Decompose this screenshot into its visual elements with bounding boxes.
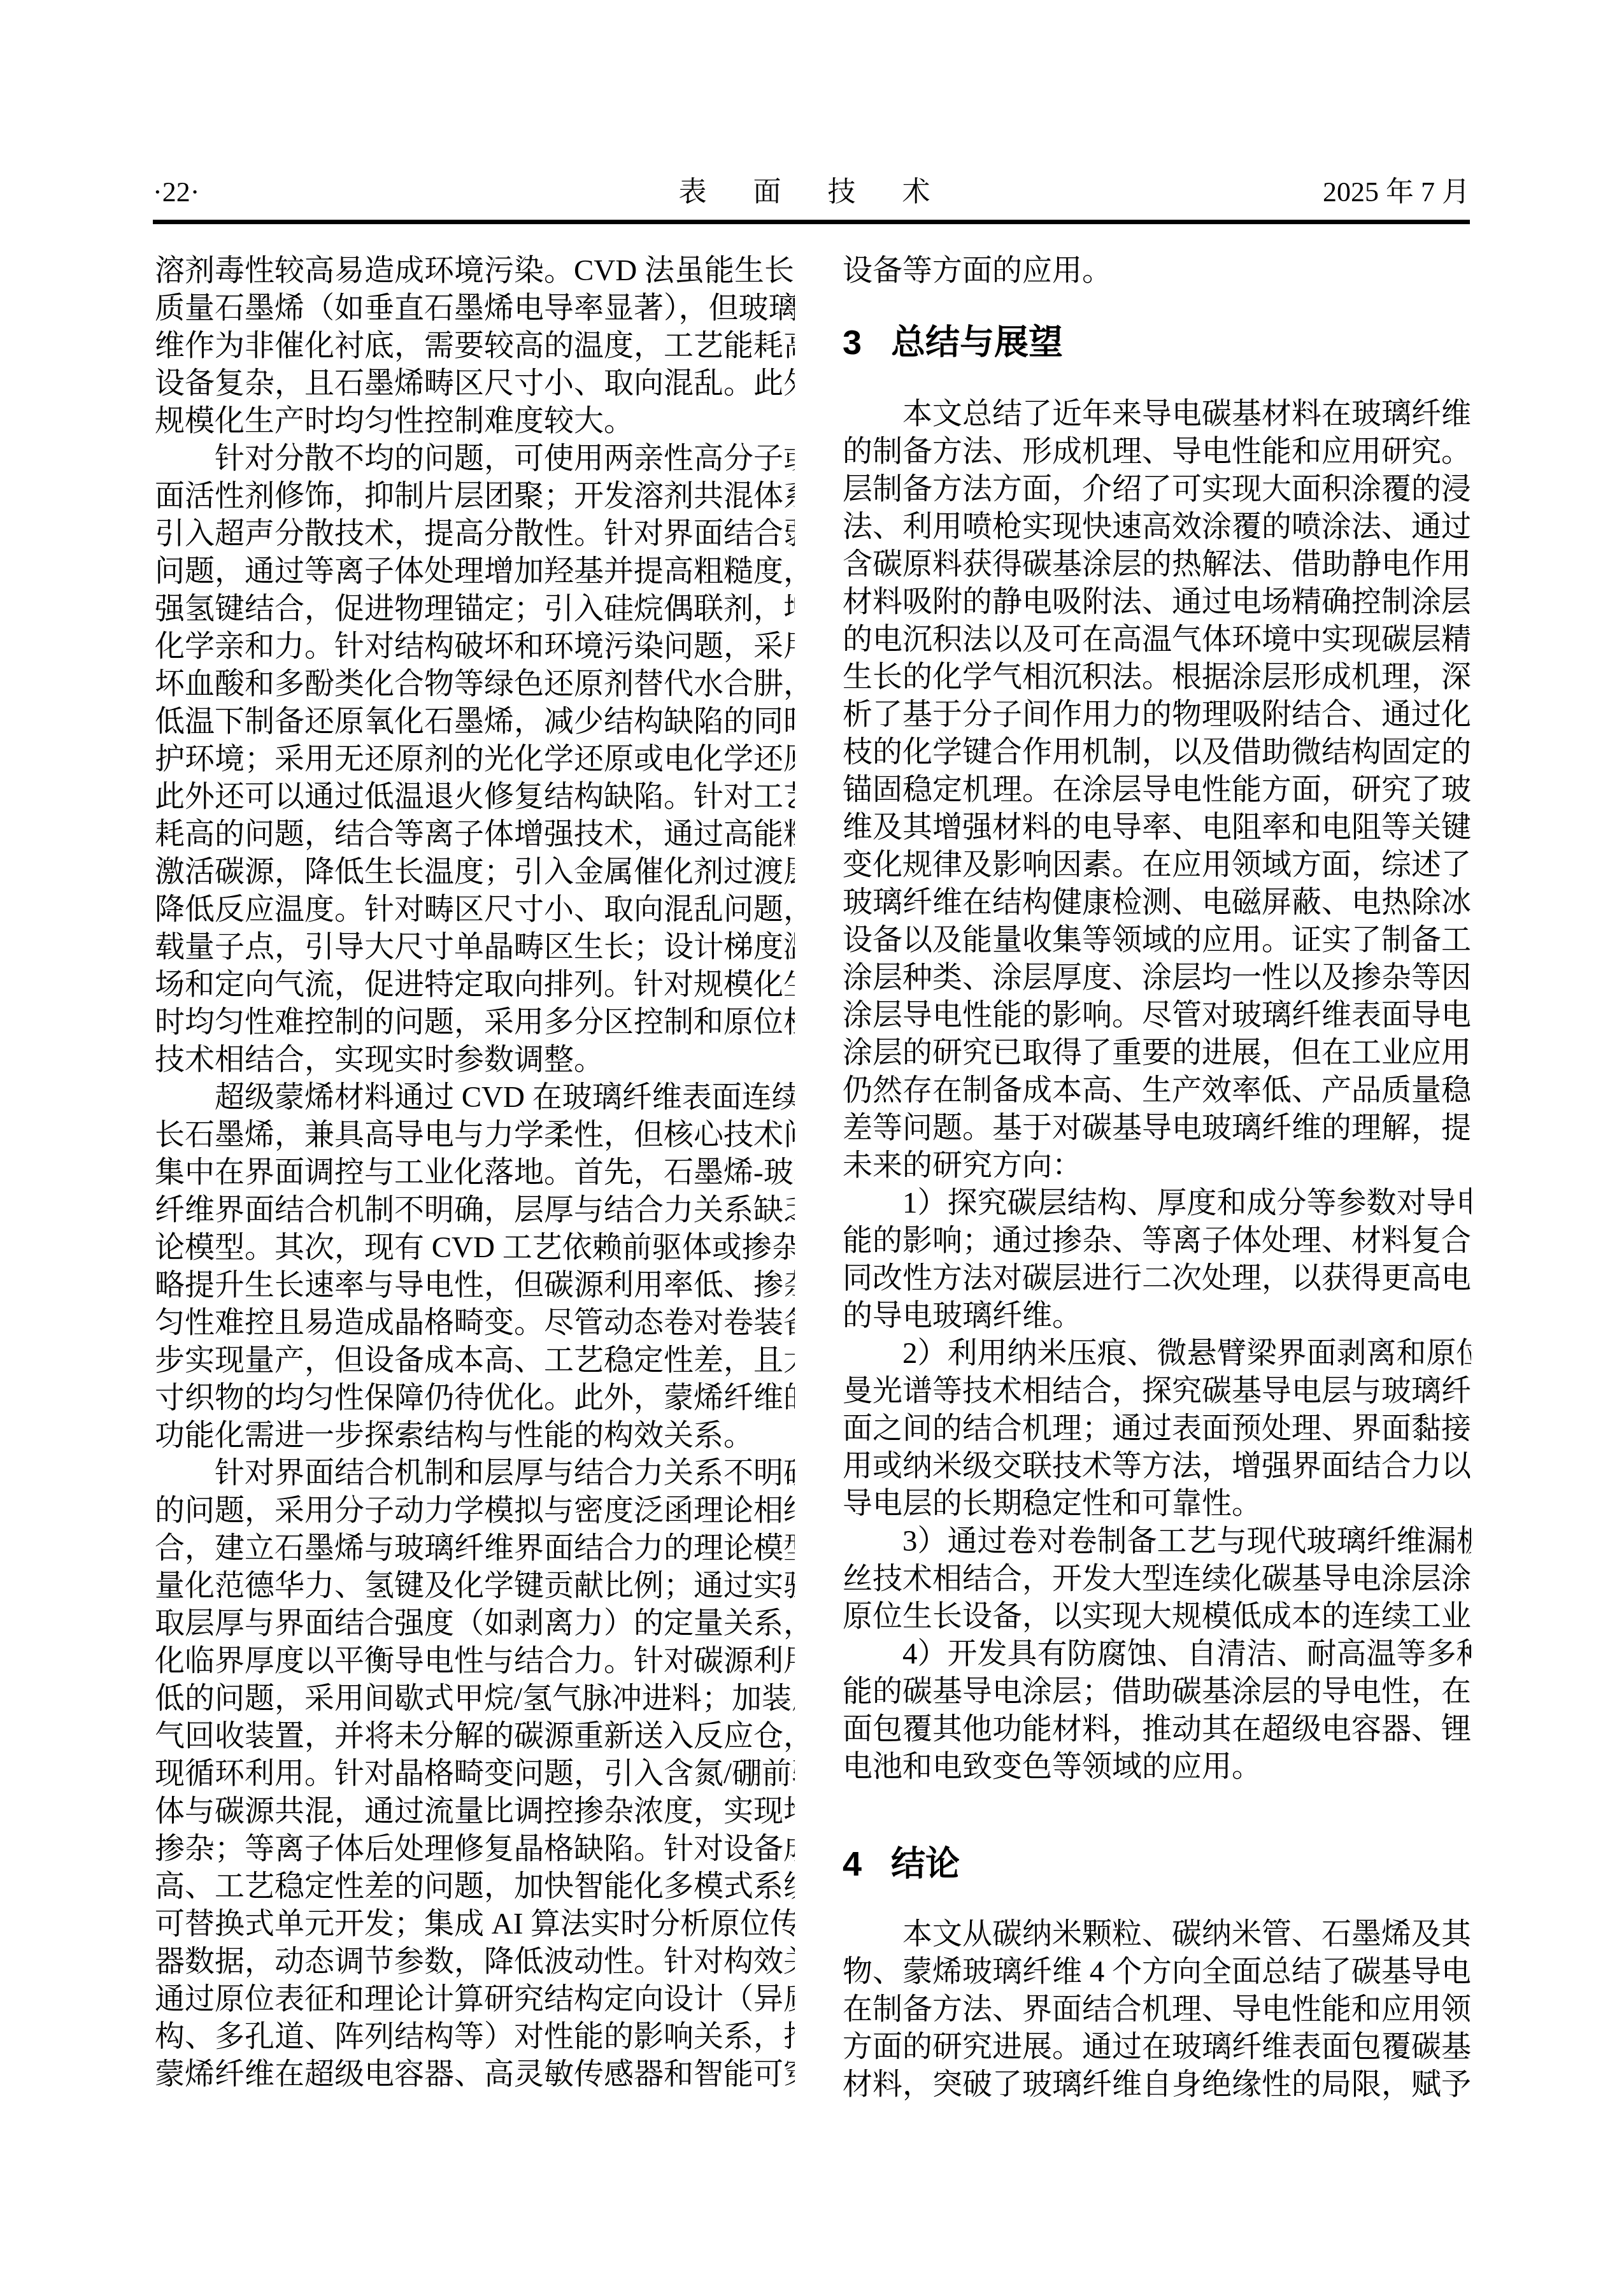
text-line: 技术相结合，实现实时参数调整。 xyxy=(155,1041,795,1079)
text-line: 规模化生产时均匀性控制难度较大。 xyxy=(155,403,795,440)
section-title: 总结与展望 xyxy=(891,324,1063,362)
text-line: 在制备方法、界面结合机理、导电性能和应用领域等 xyxy=(843,1991,1471,2028)
text-line: 针对界面结合机制和层厚与结合力关系不明确 xyxy=(155,1455,795,1492)
paragraph: 针对分散不均的问题，可使用两亲性高分子或表面活性剂修饰，抑制片层团聚；开发溶剂共… xyxy=(155,440,795,1079)
text-line: 曼光谱等技术相结合，探究碳基导电层与玻璃纤维界 xyxy=(843,1372,1471,1410)
section-number: 3 xyxy=(843,320,862,365)
paragraph: 4）开发具有防腐蚀、自清洁、耐高温等多种功能的碳基导电涂层；借助碳基涂层的导电性… xyxy=(843,1635,1471,1786)
text-line: 坏血酸和多酚类化合物等绿色还原剂替代水合肼，在 xyxy=(155,666,795,703)
text-line: 掺杂；等离子体后处理修复晶格缺陷。针对设备成本 xyxy=(155,1830,795,1868)
text-line: 问题，通过等离子体处理增加羟基并提高粗糙度，增 xyxy=(155,553,795,590)
text-line: 质量石墨烯（如垂直石墨烯电导率显著），但玻璃纤 xyxy=(155,290,795,327)
text-line: 降低反应温度。针对畴区尺寸小、取向混乱问题，负 xyxy=(155,891,795,929)
text-line: 可替换式单元开发；集成 AI 算法实时分析原位传感 xyxy=(155,1906,795,1943)
text-line: 设备以及能量收集等领域的应用。证实了制备工艺、 xyxy=(843,922,1471,959)
text-line: 载量子点，引导大尺寸单晶畴区生长；设计梯度温度 xyxy=(155,929,795,966)
text-line: 匀性难控且易造成晶格畸变。尽管动态卷对卷装备初 xyxy=(155,1304,795,1342)
paragraph: 溶剂毒性较高易造成环境污染。CVD 法虽能生长高质量石墨烯（如垂直石墨烯电导率显… xyxy=(155,252,795,440)
text-line: 本文从碳纳米颗粒、碳纳米管、石墨烯及其衍生 xyxy=(843,1916,1471,1953)
text-line: 析了基于分子间作用力的物理吸附结合、通过化学接 xyxy=(843,696,1471,734)
text-line: 合，建立石墨烯与玻璃纤维界面结合力的理论模型， xyxy=(155,1530,795,1567)
text-line: 场和定向气流，促进特定取向排列。针对规模化生产 xyxy=(155,966,795,1004)
journal-page: ·22· 表 面 技 术 2025 年 7 月 溶剂毒性较高易造成环境污染。CV… xyxy=(0,0,1624,2280)
text-line: 此外还可以通过低温退火修复结构缺陷。针对工艺能 xyxy=(155,778,795,816)
text-line: 通过原位表征和理论计算研究结构定向设计（异质结 xyxy=(155,1981,795,2018)
section-heading-4: 4结论 xyxy=(843,1842,1471,1886)
paragraph: 2）利用纳米压痕、微悬臂梁界面剥离和原位拉曼光谱等技术相结合，探究碳基导电层与玻… xyxy=(843,1335,1471,1523)
text-line: 护环境；采用无还原剂的光化学还原或电化学还原。 xyxy=(155,741,795,778)
paragraph: 针对界面结合机制和层厚与结合力关系不明确的问题，采用分子动力学模拟与密度泛函理论… xyxy=(155,1455,795,2093)
text-line: 面包覆其他功能材料，推动其在超级电容器、锂离子 xyxy=(843,1711,1471,1748)
text-line: 材料吸附的静电吸附法、通过电场精确控制涂层厚度 xyxy=(843,583,1471,621)
text-line: 2）利用纳米压痕、微悬臂梁界面剥离和原位拉 xyxy=(843,1335,1471,1372)
text-line: 略提升生长速率与导电性，但碳源利用率低、掺杂均 xyxy=(155,1267,795,1304)
text-line: 气回收装置，并将未分解的碳源重新送入反应仓，实 xyxy=(155,1718,795,1755)
text-line: 强氢键结合，促进物理锚定；引入硅烷偶联剂，增加 xyxy=(155,590,795,628)
paragraph: 超级蒙烯材料通过 CVD 在玻璃纤维表面连续生长石墨烯，兼具高导电与力学柔性，但… xyxy=(155,1079,795,1455)
text-line: 的制备方法、形成机理、导电性能和应用研究。在涂 xyxy=(843,433,1471,471)
text-line: 化学亲和力。针对结构破坏和环境污染问题，采用抗 xyxy=(155,628,795,666)
paragraph: 3）通过卷对卷制备工艺与现代玻璃纤维漏板拉丝技术相结合，开发大型连续化碳基导电涂… xyxy=(843,1523,1471,1635)
text-line: 涂层的研究已取得了重要的进展，但在工业应用方面 xyxy=(843,1034,1471,1072)
text-line: 集中在界面调控与工业化落地。首先，石墨烯-玻璃 xyxy=(155,1154,795,1192)
text-line: 量化范德华力、氢键及化学键贡献比例；通过实验获 xyxy=(155,1567,795,1605)
text-line: 维作为非催化衬底，需要较高的温度，工艺能耗高、 xyxy=(155,327,795,365)
right-column: 设备等方面的应用。3总结与展望本文总结了近年来导电碳基材料在玻璃纤维上的制备方法… xyxy=(843,252,1471,2104)
journal-title: 表 面 技 术 xyxy=(153,173,1470,211)
text-line: 电池和电致变色等领域的应用。 xyxy=(843,1748,1471,1786)
text-line: 物、蒙烯玻璃纤维 4 个方向全面总结了碳基导电材料 xyxy=(843,1953,1471,1991)
text-line: 本文总结了近年来导电碳基材料在玻璃纤维上 xyxy=(843,395,1471,433)
paragraph: 设备等方面的应用。 xyxy=(843,252,1471,290)
text-line: 的问题，采用分子动力学模拟与密度泛函理论相结 xyxy=(155,1492,795,1530)
text-line: 法、利用喷枪实现快速高效涂覆的喷涂法、通过分解 xyxy=(843,508,1471,546)
running-head: ·22· 表 面 技 术 2025 年 7 月 xyxy=(153,173,1470,211)
left-column: 溶剂毒性较高易造成环境污染。CVD 法虽能生长高质量石墨烯（如垂直石墨烯电导率显… xyxy=(155,252,795,2093)
text-line: 能的影响；通过掺杂、等离子体处理、材料复合等不 xyxy=(843,1222,1471,1260)
text-line: 取层厚与界面结合强度（如剥离力）的定量关系，优 xyxy=(155,1605,795,1642)
section-title: 结论 xyxy=(891,1845,960,1883)
text-line: 引入超声分散技术，提高分散性。针对界面结合弱的 xyxy=(155,515,795,553)
text-line: 维及其增强材料的电导率、电阻率和电阻等关键参数 xyxy=(843,809,1471,846)
text-line: 4）开发具有防腐蚀、自清洁、耐高温等多种功 xyxy=(843,1635,1471,1673)
text-line: 激活碳源，降低生长温度；引入金属催化剂过渡层， xyxy=(155,853,795,891)
text-line: 蒙烯纤维在超级电容器、高灵敏传感器和智能可穿戴 xyxy=(155,2056,795,2093)
text-line: 的电沉积法以及可在高温气体环境中实现碳层精准 xyxy=(843,621,1471,659)
text-line: 器数据，动态调节参数，降低波动性。针对构效关系， xyxy=(155,1943,795,1981)
text-line: 寸织物的均匀性保障仍待优化。此外，蒙烯纤维的多 xyxy=(155,1379,795,1417)
text-line: 方面的研究进展。通过在玻璃纤维表面包覆碳基导电 xyxy=(843,2028,1471,2066)
text-line: 原位生长设备，以实现大规模低成本的连续工业化生产。 xyxy=(843,1598,1471,1635)
text-line: 长石墨烯，兼具高导电与力学柔性，但核心技术问题 xyxy=(155,1116,795,1154)
header-rule xyxy=(153,220,1470,224)
text-line: 能的碳基导电涂层；借助碳基涂层的导电性，在其表 xyxy=(843,1673,1471,1711)
text-line: 同改性方法对碳层进行二次处理，以获得更高电导率 xyxy=(843,1260,1471,1297)
text-line: 差等问题。基于对碳基导电玻璃纤维的理解，提出了 xyxy=(843,1109,1471,1147)
text-line: 材料，突破了玻璃纤维自身绝缘性的局限，赋予了玻 xyxy=(843,2066,1471,2104)
text-line: 3）通过卷对卷制备工艺与现代玻璃纤维漏板拉 xyxy=(843,1523,1471,1560)
paragraph: 1）探究碳层结构、厚度和成分等参数对导电性能的影响；通过掺杂、等离子体处理、材料… xyxy=(843,1185,1471,1335)
text-line: 设备复杂，且石墨烯畴区尺寸小、取向混乱。此外， xyxy=(155,365,795,403)
text-line: 针对分散不均的问题，可使用两亲性高分子或表 xyxy=(155,440,795,478)
text-line: 化临界厚度以平衡导电性与结合力。针对碳源利用率 xyxy=(155,1642,795,1680)
text-line: 高、工艺稳定性差的问题，加快智能化多模式系统和 xyxy=(155,1868,795,1906)
text-line: 低的问题，采用间歇式甲烷/氢气脉冲进料；加装尾 xyxy=(155,1680,795,1718)
text-line: 耗高的问题，结合等离子体增强技术，通过高能粒子 xyxy=(155,816,795,853)
text-line: 论模型。其次，现有 CVD 工艺依赖前驱体或掺杂策 xyxy=(155,1229,795,1267)
text-line: 1）探究碳层结构、厚度和成分等参数对导电性 xyxy=(843,1185,1471,1222)
text-line: 用或纳米级交联技术等方法，增强界面结合力以保持 xyxy=(843,1448,1471,1485)
paragraph: 本文从碳纳米颗粒、碳纳米管、石墨烯及其衍生物、蒙烯玻璃纤维 4 个方向全面总结了… xyxy=(843,1916,1471,2104)
text-line: 的导电玻璃纤维。 xyxy=(843,1297,1471,1335)
text-line: 纤维界面结合机制不明确，层厚与结合力关系缺乏理 xyxy=(155,1192,795,1229)
text-line: 面活性剂修饰，抑制片层团聚；开发溶剂共混体系或 xyxy=(155,478,795,515)
text-line: 超级蒙烯材料通过 CVD 在玻璃纤维表面连续生 xyxy=(155,1079,795,1116)
text-line: 导电层的长期稳定性和可靠性。 xyxy=(843,1485,1471,1523)
text-line: 涂层导电性能的影响。尽管对玻璃纤维表面导电碳基 xyxy=(843,997,1471,1034)
text-line: 现循环利用。针对晶格畸变问题，引入含氮/硼前驱 xyxy=(155,1755,795,1793)
text-line: 锚固稳定机理。在涂层导电性能方面，研究了玻璃纤 xyxy=(843,771,1471,809)
section-number: 4 xyxy=(843,1842,862,1886)
text-line: 丝技术相结合，开发大型连续化碳基导电涂层涂覆或 xyxy=(843,1560,1471,1598)
text-line: 涂层种类、涂层厚度、涂层均一性以及掺杂等因素对 xyxy=(843,959,1471,997)
text-line: 时均匀性难控制的问题，采用多分区控制和原位检测 xyxy=(155,1004,795,1041)
text-line: 体与碳源共混，通过流量比调控掺杂浓度，实现均匀 xyxy=(155,1793,795,1830)
text-line: 步实现量产，但设备成本高、工艺稳定性差，且大尺 xyxy=(155,1342,795,1379)
text-line: 面之间的结合机理；通过表面预处理、界面黏接剂使 xyxy=(843,1410,1471,1448)
text-line: 层制备方法方面，介绍了可实现大面积涂覆的浸渍 xyxy=(843,471,1471,508)
text-line: 功能化需进一步探索结构与性能的构效关系。 xyxy=(155,1417,795,1455)
text-line: 未来的研究方向： xyxy=(843,1147,1471,1185)
issue-date: 2025 年 7 月 xyxy=(1323,173,1470,211)
text-line: 变化规律及影响因素。在应用领域方面，综述了导电 xyxy=(843,846,1471,884)
text-line: 低温下制备还原氧化石墨烯，减少结构缺陷的同时保 xyxy=(155,703,795,741)
text-line: 构、多孔道、阵列结构等）对性能的影响关系，推动 xyxy=(155,2018,795,2056)
text-line: 枝的化学键合作用机制，以及借助微结构固定的机械 xyxy=(843,734,1471,771)
paragraph: 本文总结了近年来导电碳基材料在玻璃纤维上的制备方法、形成机理、导电性能和应用研究… xyxy=(843,395,1471,1185)
text-line: 含碳原料获得碳基涂层的热解法、借助静电作用实现 xyxy=(843,546,1471,583)
text-line: 玻璃纤维在结构健康检测、电磁屏蔽、电热除冰保障 xyxy=(843,884,1471,922)
text-line: 设备等方面的应用。 xyxy=(843,252,1471,290)
section-heading-3: 3总结与展望 xyxy=(843,320,1471,365)
text-line: 溶剂毒性较高易造成环境污染。CVD 法虽能生长高 xyxy=(155,252,795,290)
text-line: 生长的化学气相沉积法。根据涂层形成机理，深入分 xyxy=(843,659,1471,696)
text-line: 仍然存在制备成本高、生产效率低、产品质量稳定性 xyxy=(843,1072,1471,1109)
